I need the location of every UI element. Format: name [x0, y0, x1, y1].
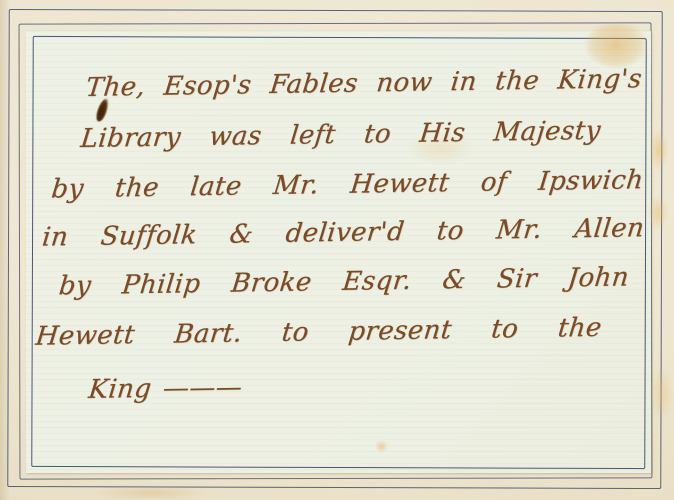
- manuscript-photo: The, Esop's Fables now in the King's Lib…: [0, 0, 674, 500]
- handwritten-line-3: by the late Mr. Hewett of Ipswich: [49, 160, 645, 209]
- handwritten-line-6: Hewett Bart. to present to the: [34, 308, 604, 357]
- handwritten-line-2: Library was left to His Majesty: [79, 111, 603, 159]
- handwritten-line-1: The, Esop's Fables now in the King's: [84, 59, 644, 108]
- handwritten-line-5: by Philip Broke Esqr. & Sir John: [57, 257, 631, 306]
- handwritten-line-7: King ———: [86, 367, 244, 409]
- handwritten-text-block: The, Esop's Fables now in the King's Lib…: [0, 0, 674, 500]
- handwritten-line-4: in Suffolk & deliver'd to Mr. Allen: [40, 208, 646, 258]
